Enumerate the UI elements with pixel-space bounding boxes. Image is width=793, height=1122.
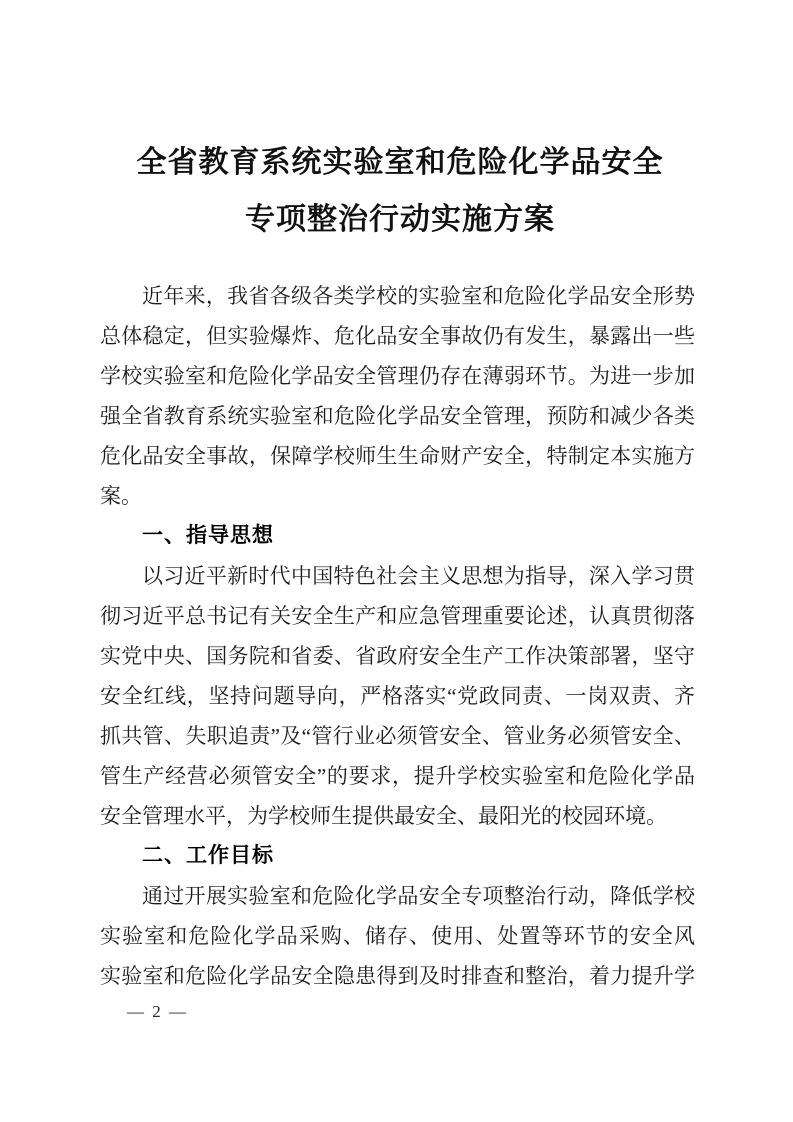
text-line: 安全管理水平，为学校师生提供最安全、最阳光的校园环境。: [100, 796, 695, 836]
document-body: 近年来，我省各级各类学校的实验室和危险化学品安全形势总体稳定，但实验爆炸、危化品…: [100, 276, 695, 996]
text-line: 实党中央、国务院和省委、省政府安全生产工作决策部署，坚守: [100, 636, 695, 676]
text-line: 总体稳定，但实验爆炸、危化品安全事故仍有发生，暴露出一些: [100, 316, 695, 356]
document-title: 全省教育系统实验室和危险化学品安全 专项整治行动实施方案: [100, 134, 700, 248]
document-page: 全省教育系统实验室和危险化学品安全 专项整治行动实施方案 近年来，我省各级各类学…: [0, 0, 793, 1122]
text-line: 彻习近平总书记有关安全生产和应急管理重要论述，认真贯彻落: [100, 596, 695, 636]
page-number: — 2 —: [127, 997, 188, 1027]
text-line: 实验室和危险化学品安全隐患得到及时排查和整治，着力提升学: [100, 956, 695, 996]
text-line: 学校实验室和危险化学品安全管理仍存在薄弱环节。为进一步加: [100, 356, 695, 396]
text-line: 案。: [100, 476, 695, 516]
text-line: 抓共管、失职追责”及“管行业必须管安全、管业务必须管安全、: [100, 716, 695, 756]
text-line: 危化品安全事故，保障学校师生生命财产安全，特制定本实施方: [100, 436, 695, 476]
document-title-line-2: 专项整治行动实施方案: [100, 191, 700, 248]
section-heading: 一、指导思想: [100, 516, 695, 556]
text-line: 以习近平新时代中国特色社会主义思想为指导，深入学习贯: [100, 556, 695, 596]
document-title-line-1: 全省教育系统实验室和危险化学品安全: [100, 134, 700, 191]
text-line: 强全省教育系统实验室和危险化学品安全管理，预防和减少各类: [100, 396, 695, 436]
text-line: 近年来，我省各级各类学校的实验室和危险化学品安全形势: [100, 276, 695, 316]
text-line: 通过开展实验室和危险化学品安全专项整治行动，降低学校: [100, 876, 695, 916]
section-heading: 二、工作目标: [100, 836, 695, 876]
text-line: 管生产经营必须管安全”的要求，提升学校实验室和危险化学品: [100, 756, 695, 796]
text-line: 实验室和危险化学品采购、储存、使用、处置等环节的安全风险，: [100, 916, 695, 956]
text-line: 安全红线，坚持问题导向，严格落实“党政同责、一岗双责、齐: [100, 676, 695, 716]
